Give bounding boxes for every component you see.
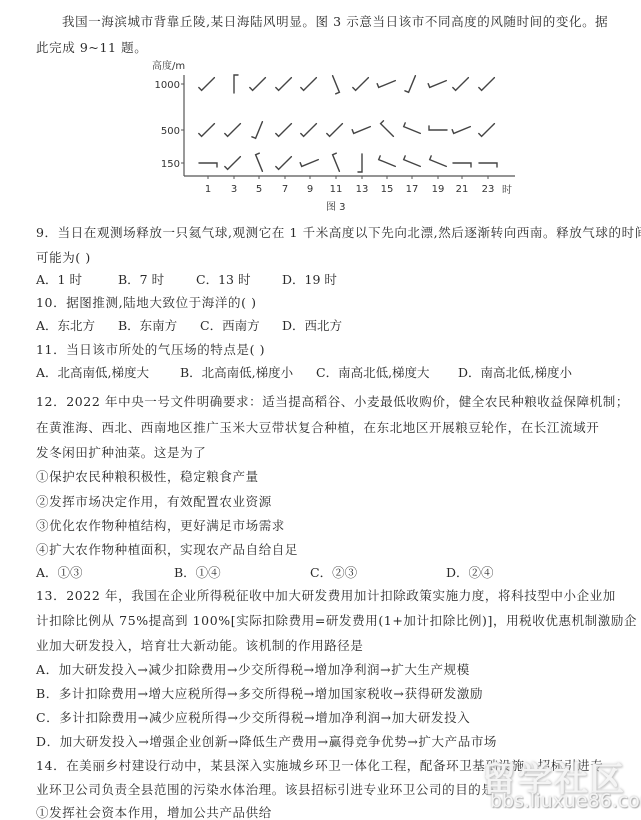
wind-barb [276,124,292,137]
q13-stem-1: 13．2022 年，我国在企业所得税征收中加大研发费用加计扣除政策实施力度，将科… [36,586,616,604]
q13-option-b[interactable]: B．多计扣除费用→增大应税所得→多交所得税→增加国家税收→获得研发激励 [36,684,483,702]
wind-barb [430,156,447,167]
intro-line-2: 此完成 9~11 题。 [36,38,147,56]
q9-stem-2: 可能为( ) [36,248,91,266]
wind-barb [276,78,292,91]
q9-stem-1: 9．当日在观测场释放一只氦气球,观测它在 1 千米高度以下先向北漂,然后逐渐转向… [36,223,641,241]
q13-stem-3: 业加大研发投入，培育壮大新动能。该机制的作用路径是 [36,636,364,654]
q9-option-d[interactable]: D．19 时 [282,270,337,288]
wind-barb [199,163,217,167]
wind-barb [333,76,340,94]
wind-barb [381,121,394,137]
q9-option-a[interactable]: A．1 时 [36,270,82,288]
wind-barb [301,78,317,91]
watermark: 留学社区 bbs.liuxue86.com [482,752,641,816]
x-tick-label: 17 [406,184,419,195]
wind-barb [358,154,362,172]
q12-item-2: ②发挥市场决定作用，有效配置农业资源 [36,492,272,510]
wind-barb [252,122,263,139]
x-tick-label: 9 [307,184,313,195]
x-tick-label: 11 [330,184,343,195]
q10-stem: 10．据图推测,陆地大致位于海洋的( ) [36,293,257,311]
wind-barb [352,127,370,134]
wind-barb [429,126,447,130]
watermark-url: bbs.liuxue86.com [490,790,641,812]
wind-barb [479,124,495,137]
x-tick-label: 13 [356,184,369,195]
x-tick-label: 23 [482,184,495,195]
q12-item-3: ③优化农作物种植结构，更好满足市场需求 [36,516,285,534]
q11-stem: 11．当日该市所处的气压场的特点是( ) [36,340,265,358]
wind-barb [479,78,495,91]
x-axis-label: 时 [502,183,512,196]
y-axis-label: 高度/m [152,59,185,72]
wind-barb [301,124,317,137]
wind-barb [234,75,238,93]
q13-option-a[interactable]: A．加大研发投入→减少扣除费用→少交所得税→增加净利润→扩大生产规模 [36,660,470,678]
x-tick-label: 19 [432,184,445,195]
x-tick-label: 7 [282,184,288,195]
wind-barb [453,163,471,167]
wind-barb [377,81,395,88]
q11-option-a[interactable]: A．北高南低,梯度大 [36,363,149,381]
wind-barb [479,163,497,167]
wind-barb [250,78,266,91]
wind-barb [404,123,421,133]
q12-stem-1: 12．2022 年中央一号文件明确要求：适当提高稻谷、小麦最低收购价，健全农民种… [36,392,629,410]
wind-barb [428,81,446,88]
q10-option-c[interactable]: C．西南方 [200,316,260,334]
q10-option-b[interactable]: B．东南方 [118,316,177,334]
wind-barb [276,157,292,170]
wind-barb [199,124,215,137]
q14-stem-2: 业环卫公司负责全县范围的污染水体治理。该县招标引进专业环卫公司的目的是 [36,780,495,798]
wind-barb [333,153,340,171]
wind-barb-chart: 高度/m 1000 500 150 1357911131517192123 时 … [140,55,520,215]
q13-option-d[interactable]: D．加大研发投入→增强企业创新→降低生产费用→赢得竞争优势→扩大产品市场 [36,732,497,750]
wind-barb [199,78,215,91]
x-tick-label: 3 [231,184,237,195]
q11-option-d[interactable]: D．南高北低,梯度小 [458,363,572,381]
x-tick-label: 5 [256,184,262,195]
wind-barb [453,78,469,91]
q11-option-c[interactable]: C．南高北低,梯度大 [316,363,430,381]
wind-barb [256,153,263,171]
x-tick-label: 15 [381,184,394,195]
x-tick-label: 21 [456,184,469,195]
wind-barb [405,76,416,93]
q12-option-a[interactable]: A．①③ [36,563,83,581]
x-tick-label: 1 [205,184,211,195]
wind-barb [379,156,396,167]
wind-barb [225,157,241,170]
figure-caption: 图 3 [326,201,346,213]
q10-option-a[interactable]: A．东北方 [36,316,95,334]
wind-barb [353,78,369,91]
q12-option-d[interactable]: D．②④ [446,563,494,581]
q12-item-4: ④扩大农作物种植面积，实现农产品自给自足 [36,540,298,558]
y-tick-150: 150 [161,159,180,170]
q9-option-c[interactable]: C．13 时 [196,270,250,288]
wind-barb [225,124,241,137]
wind-barb [404,156,421,167]
q12-item-1: ①保护农民种粮积极性，稳定粮食产量 [36,467,259,485]
q12-stem-3: 发冬闲田扩种油菜。这是为了 [36,443,206,461]
q11-option-b[interactable]: B．北高南低,梯度小 [180,363,293,381]
y-tick-1000: 1000 [155,80,180,91]
q12-option-c[interactable]: C．②③ [310,563,357,581]
q9-option-b[interactable]: B．7 时 [118,270,164,288]
y-tick-500: 500 [161,126,180,137]
wind-barb [327,124,343,137]
wind-barb [300,160,318,167]
wind-barb [452,127,470,134]
q13-stem-2: 计扣除比例从 75%提高到 100%[实际扣除费用=研发费用(1+加计扣除比例)… [36,611,637,629]
q10-option-d[interactable]: D．西北方 [282,316,342,334]
intro-line-1: 我国一海滨城市背靠丘陵,某日海陆风明显。图 3 示意当日该市不同高度的风随时间的… [62,12,608,30]
q13-option-c[interactable]: C．多计扣除费用→减少应税所得→少交所得税→增加净利润→加大研发投入 [36,708,470,726]
q14-item-1: ①发挥社会资本作用，增加公共产品供给 [36,803,272,820]
q12-option-b[interactable]: B．①④ [174,563,221,581]
q12-stem-2: 在黄淮海、西北、西南地区推广玉米大豆带状复合种植，在东北地区开展粮豆轮作，在长江… [36,418,599,436]
